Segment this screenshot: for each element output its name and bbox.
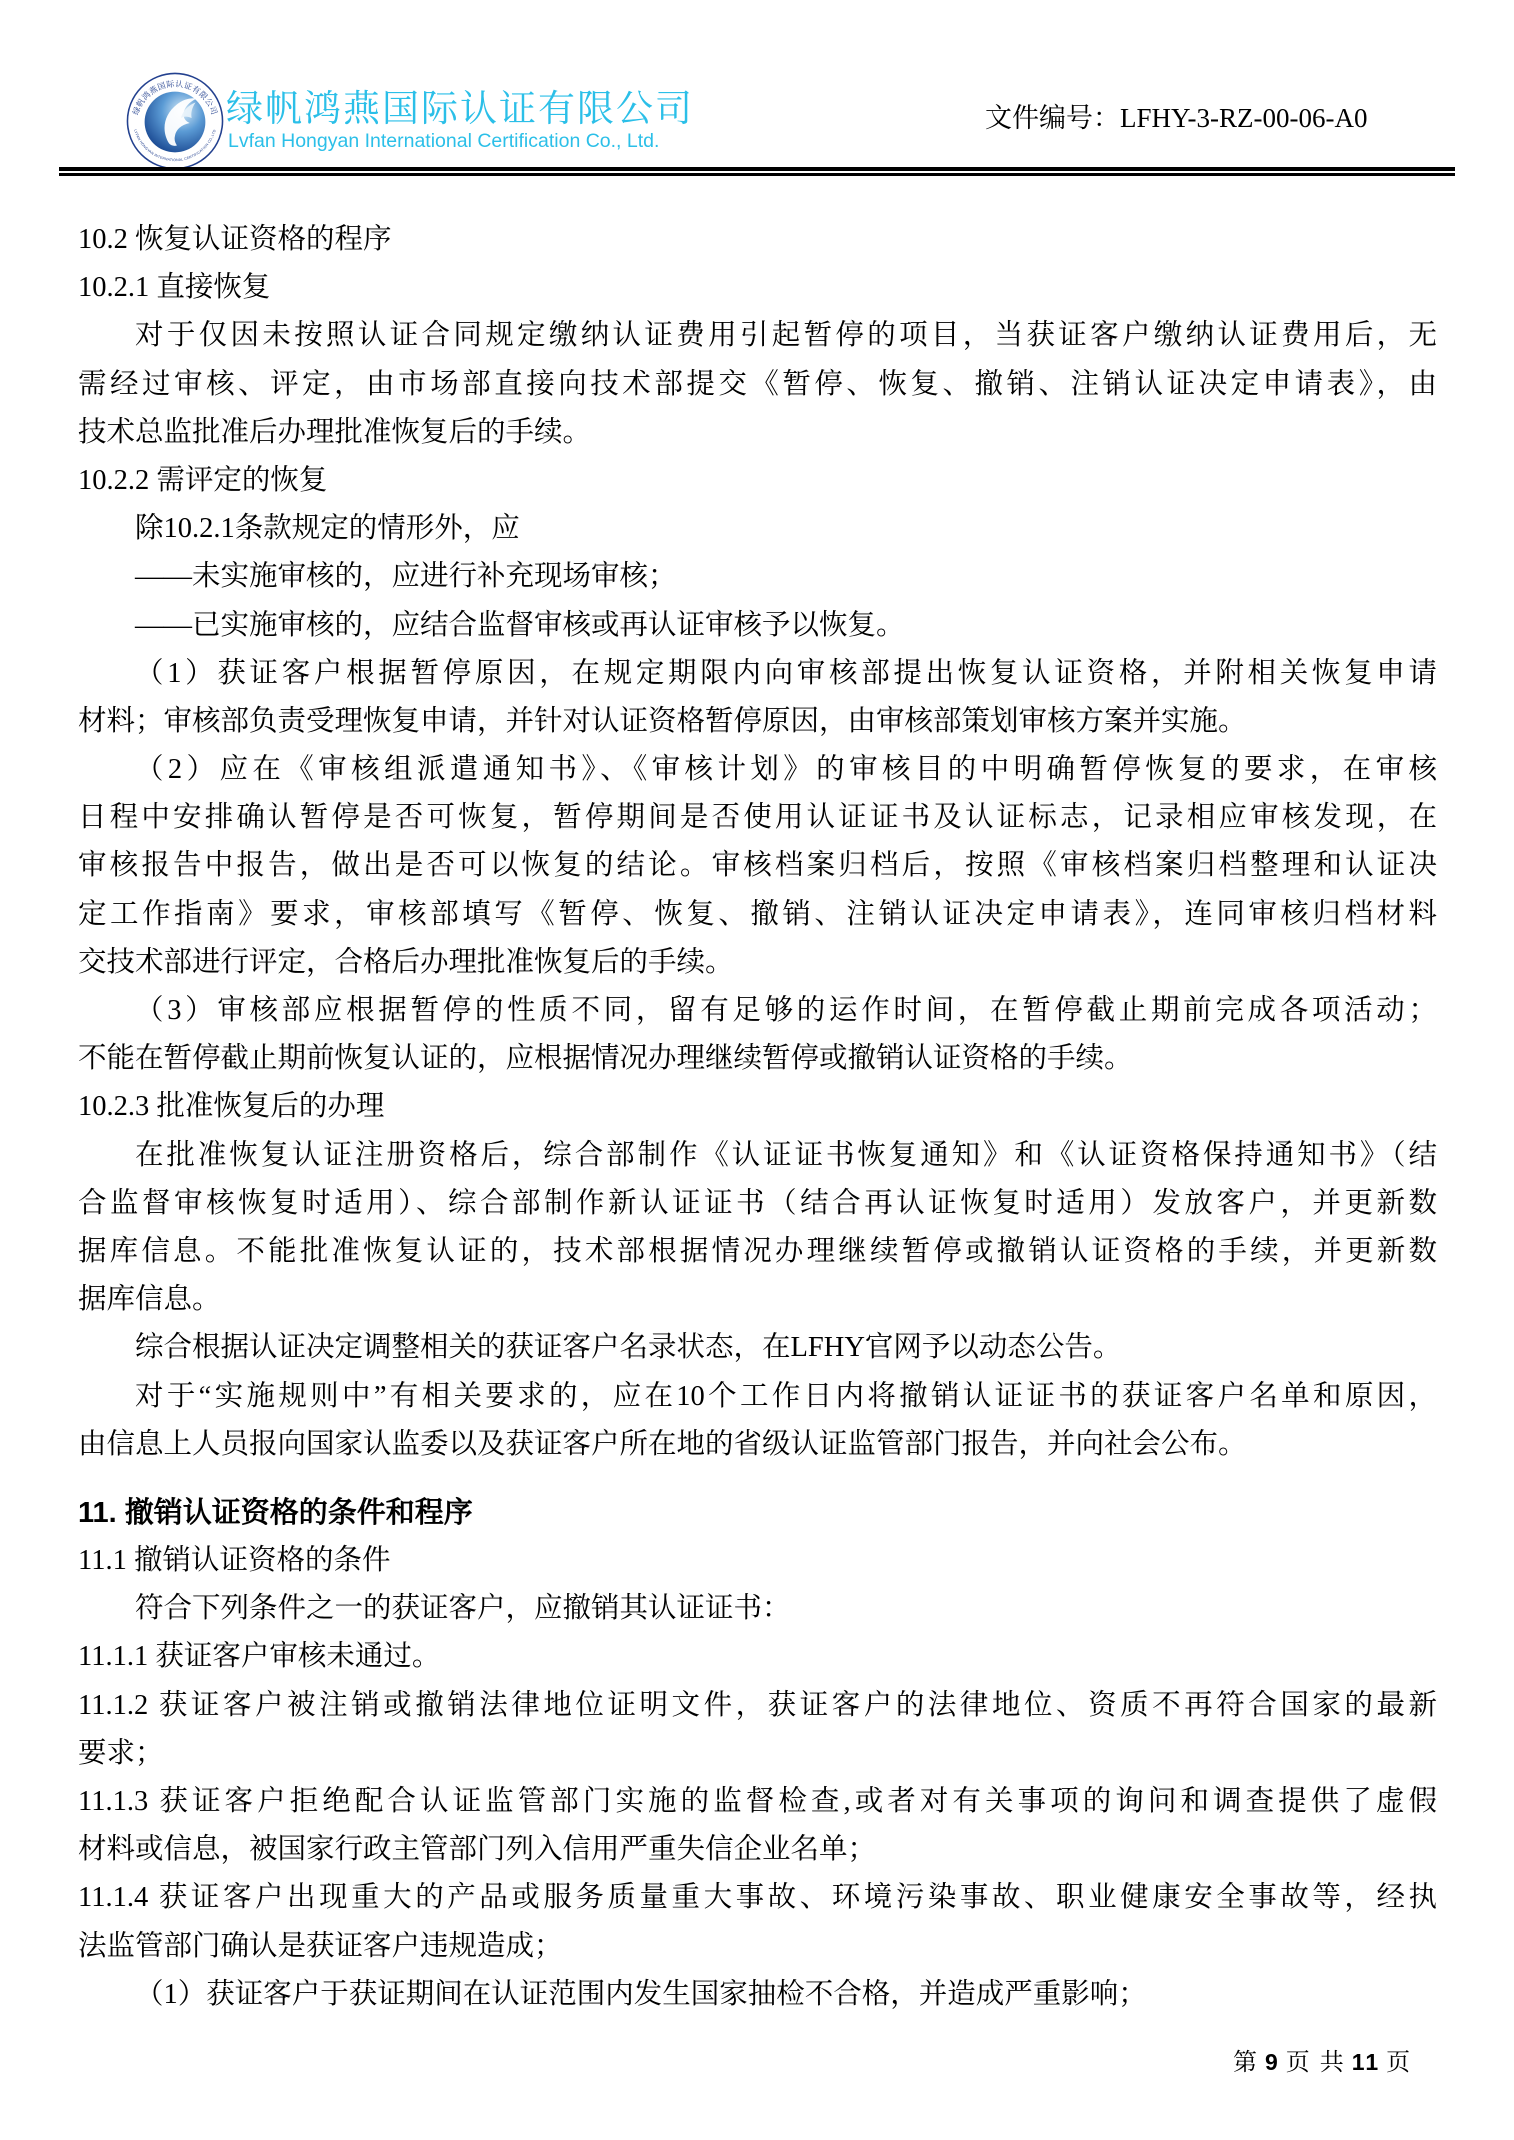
body-line: （3）审核部应根据暂停的性质不同，留有足够的运作时间，在暂停截止期前完成各项活动… [78,987,1437,1035]
body-line: 由信息上人员报向国家认监委以及获证客户所在地的省级认证监管部门报告，并向社会公布… [78,1421,1437,1469]
body-line: （1）获证客户根据暂停原因，在规定期限内向审核部提出恢复认证资格，并附相关恢复申… [78,650,1437,698]
page-number: 9 [1259,2049,1286,2075]
header-divider-rule [59,167,1455,176]
body-line: 定工作指南》要求，审核部填写《暂停、恢复、撤销、注销认证决定申请表》，连同审核归… [78,891,1437,939]
section-heading: 10.2 恢复认证资格的程序 [78,216,1437,264]
body-line: （1）获证客户于获证期间在认证范围内发生国家抽检不合格，并造成严重影响； [78,1971,1437,2019]
body-line: 综合根据认证决定调整相关的获证客户名录状态，在LFHY官网予以动态公告。 [78,1324,1437,1372]
body-line: 11.1.3 获证客户拒绝配合认证监管部门实施的监督检查,或者对有关事项的询问和… [78,1778,1437,1826]
chapter-heading: 11. 撤销认证资格的条件和程序 [78,1489,1437,1537]
body-line: 要求； [78,1730,1437,1778]
section-heading: 10.2.1 直接恢复 [78,264,1437,312]
body-line: ——未实施审核的，应进行补充现场审核； [78,553,1437,601]
body-line: 11.1.4 获证客户出现重大的产品或服务质量重大事故、环境污染事故、职业健康安… [78,1874,1437,1922]
body-line: 材料；审核部负责受理恢复申请，并针对认证资格暂停原因，由审核部策划审核方案并实施… [78,698,1437,746]
body-line: 法监管部门确认是获证客户违规造成； [78,1923,1437,1971]
body-line: 需经过审核、评定，由市场部直接向技术部提交《暂停、恢复、撤销、注销认证决定申请表… [78,361,1437,409]
body-line: 据库信息。 [78,1276,1437,1324]
footer-conjunction: 共 [1320,2050,1346,2076]
doc-number: 文件编号：LFHY-3-RZ-00-06-A0 [985,96,1367,135]
body-line: 11.1.1 获证客户审核未通过。 [78,1633,1437,1681]
page-footer: 第9页 共11页 [1233,2042,1412,2077]
footer-prefix: 第 [1233,2050,1259,2076]
body-line: 日程中安排确认暂停是否可恢复，暂停期间是否使用认证证书及认证标志，记录相应审核发… [78,794,1437,842]
body-line: 合监督审核恢复时适用）、综合部制作新认证证书（结合再认证恢复时适用）发放客户，并… [78,1180,1437,1228]
body-line: 对于仅因未按照认证合同规定缴纳认证费用引起暂停的项目，当获证客户缴纳认证费用后，… [78,312,1437,360]
section-heading: 10.2.2 需评定的恢复 [78,457,1437,505]
document-body: 10.2 恢复认证资格的程序 10.2.1 直接恢复 对于仅因未按照认证合同规定… [78,216,1437,2019]
body-line: 技术总监批准后办理批准恢复后的手续。 [78,409,1437,457]
footer-pages-label: 页 [1286,2050,1312,2076]
body-line: 不能在暂停截止期前恢复认证的，应根据情况办理继续暂停或撤销认证资格的手续。 [78,1035,1437,1083]
body-line: ——已实施审核的，应结合监督审核或再认证审核予以恢复。 [78,602,1437,650]
body-line: 交技术部进行评定，合格后办理批准恢复后的手续。 [78,939,1437,987]
body-line: 除10.2.1条款规定的情形外，应 [78,505,1437,553]
company-name-en: Lvfan Hongyan International Certificatio… [228,130,659,153]
document-page: 绿帆鸿燕国际认证有限公司 LVFAN HONGYAN INTERNATIONAL… [0,0,1514,2140]
company-logo-icon: 绿帆鸿燕国际认证有限公司 LVFAN HONGYAN INTERNATIONAL… [126,72,224,170]
body-line: （2）应在《审核组派遣通知书》、《审核计划》的审核目的中明确暂停恢复的要求，在审… [78,746,1437,794]
doc-number-value: LFHY-3-RZ-00-06-A0 [1120,103,1367,133]
body-line: 据库信息。不能批准恢复认证的，技术部根据情况办理继续暂停或撤销认证资格的手续，并… [78,1228,1437,1276]
footer-suffix: 页 [1386,2050,1412,2076]
section-heading: 10.2.3 批准恢复后的办理 [78,1083,1437,1131]
body-line: 11.1.2 获证客户被注销或撤销法律地位证明文件，获证客户的法律地位、资质不再… [78,1682,1437,1730]
doc-number-label: 文件编号： [985,103,1120,133]
section-heading: 11.1 撤销认证资格的条件 [78,1537,1437,1585]
body-line: 材料或信息，被国家行政主管部门列入信用严重失信企业名单； [78,1826,1437,1874]
body-line: 对于“实施规则中”有相关要求的，应在10个工作日内将撤销认证证书的获证客户名单和… [78,1373,1437,1421]
company-name-zh: 绿帆鸿燕国际认证有限公司 [226,78,694,132]
body-line: 审核报告中报告，做出是否可以恢复的结论。审核档案归档后，按照《审核档案归档整理和… [78,842,1437,890]
total-pages: 11 [1346,2049,1386,2075]
body-line: 符合下列条件之一的获证客户，应撤销其认证证书： [78,1585,1437,1633]
body-line: 在批准恢复认证注册资格后，综合部制作《认证证书恢复通知》和《认证资格保持通知书》… [78,1132,1437,1180]
